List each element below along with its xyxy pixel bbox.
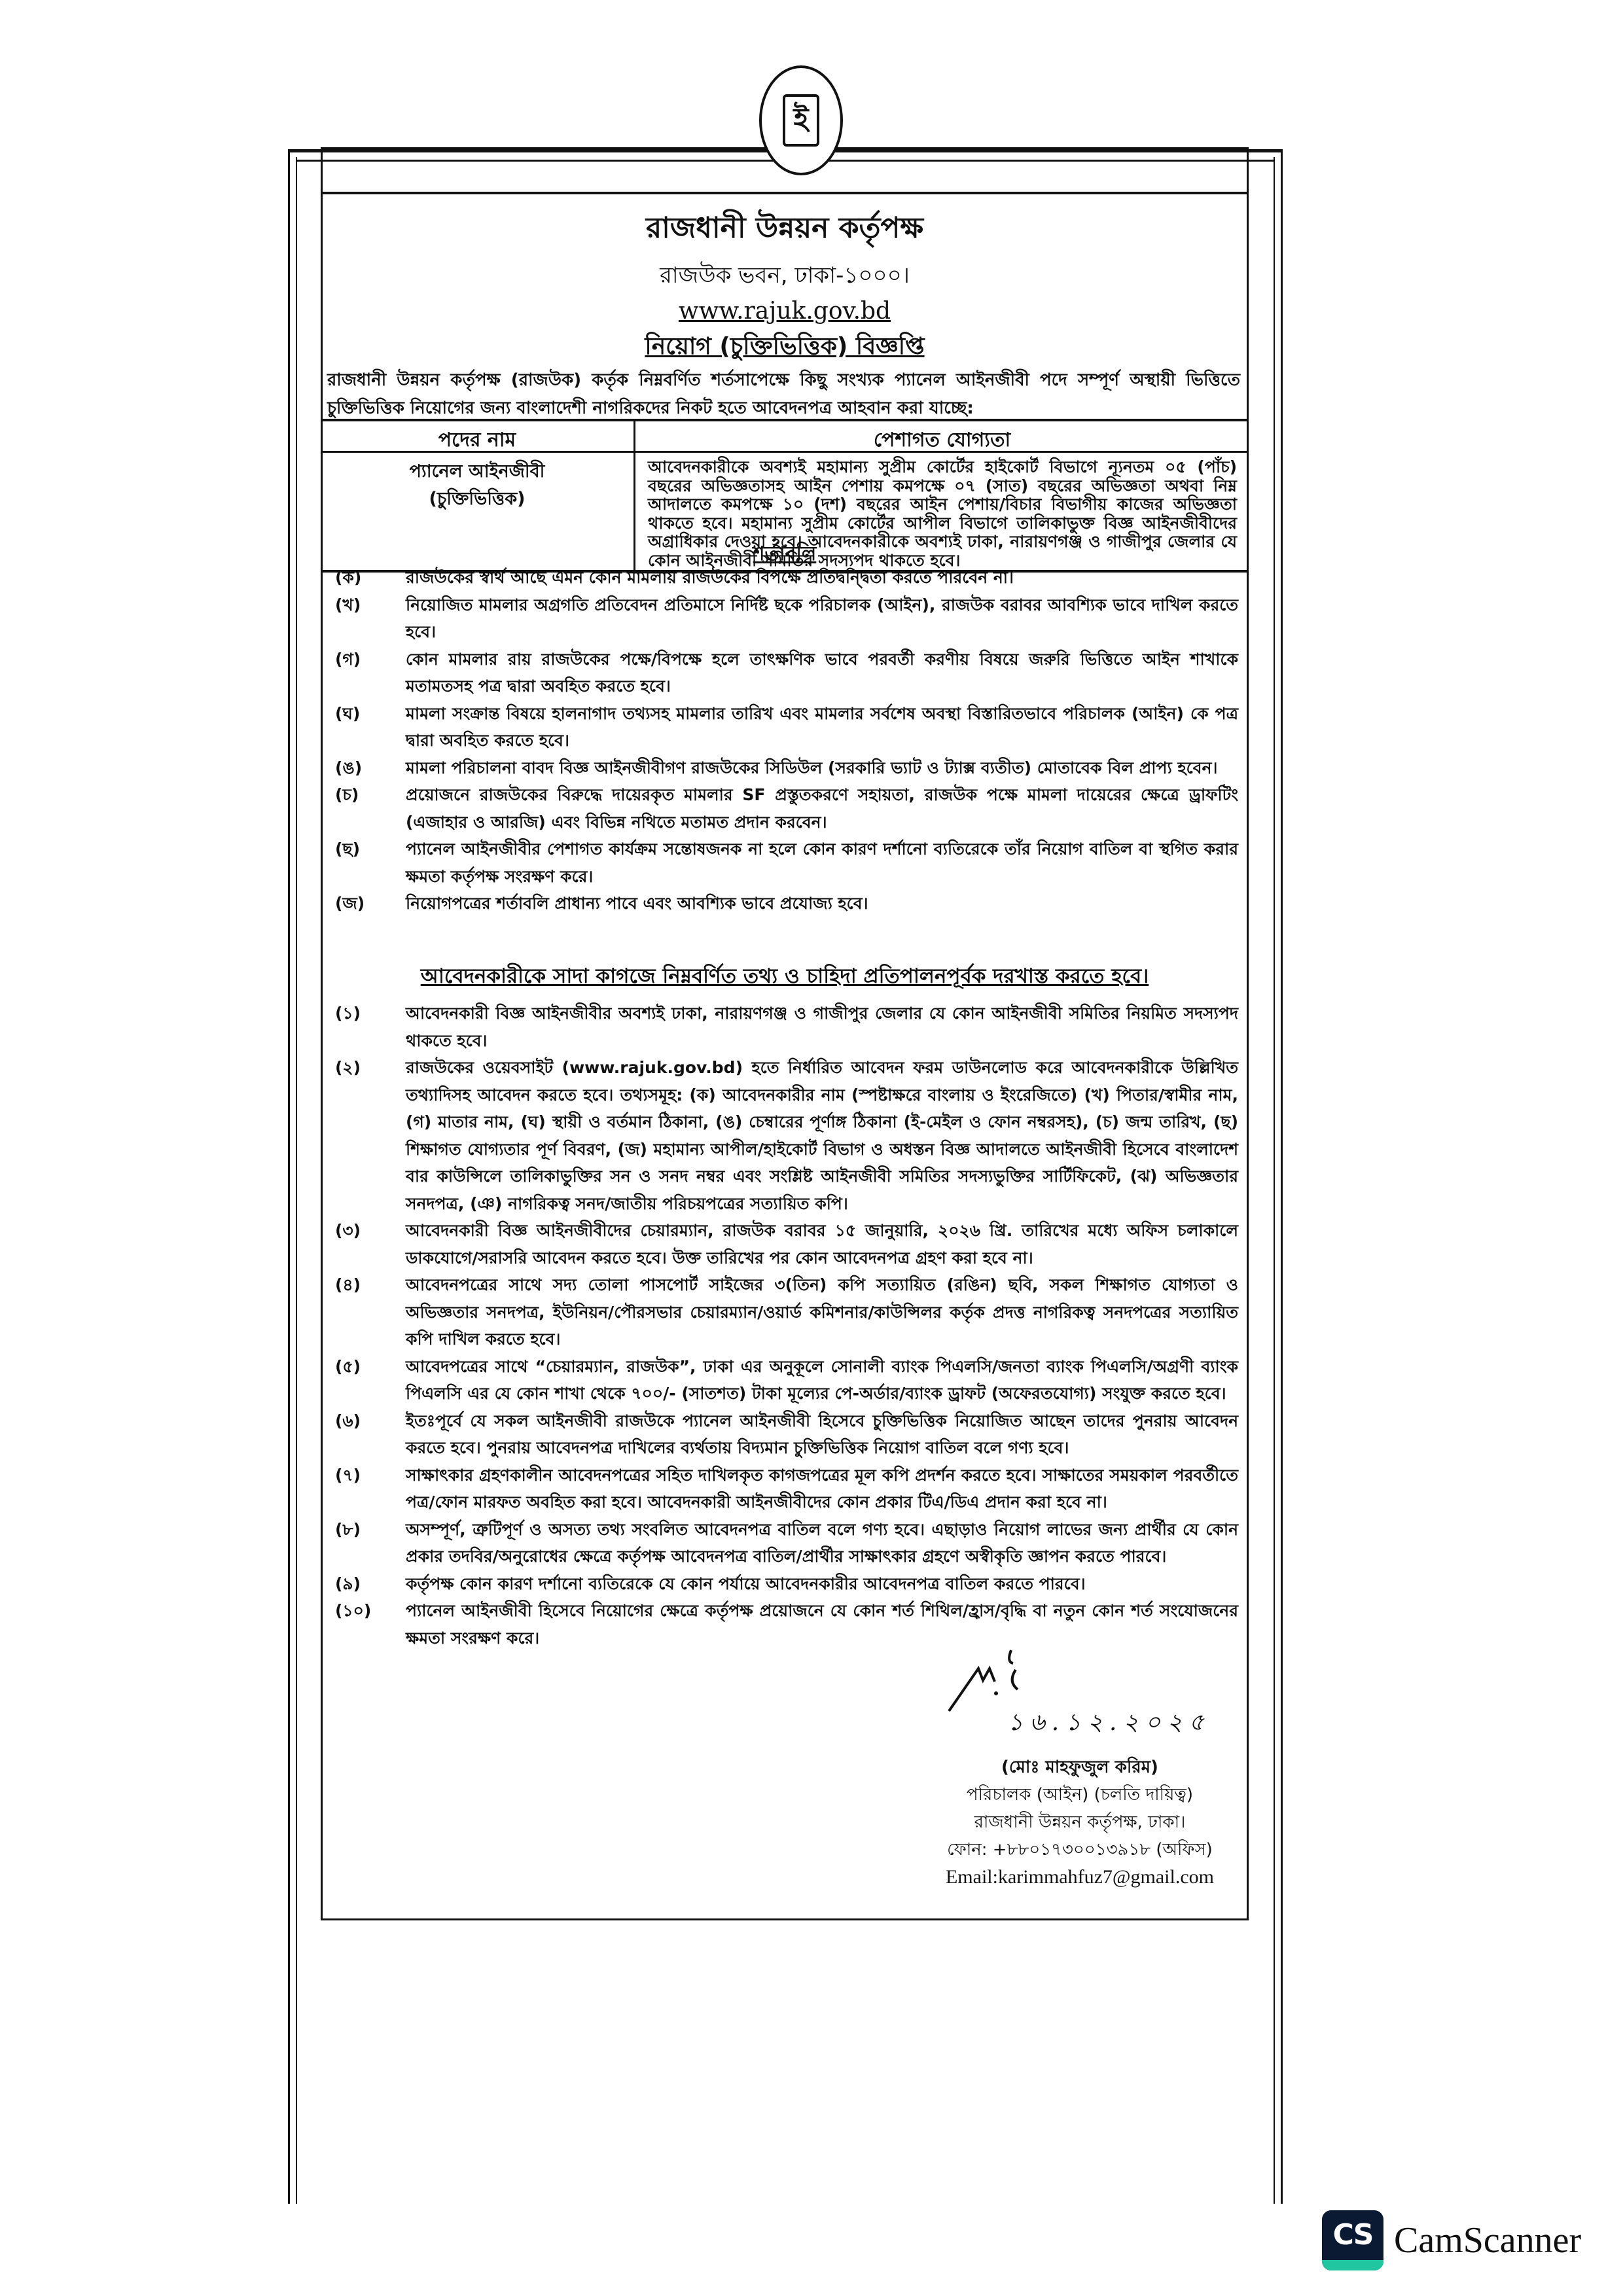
- list-text: কর্তৃপক্ষ কোন কারণ দর্শানো ব্যতিরেকে যে …: [406, 1570, 1243, 1598]
- camscanner-logo-icon: CS: [1322, 2210, 1383, 2270]
- list-item: (৯)কর্তৃপক্ষ কোন কারণ দর্শানো ব্যতিরেকে …: [327, 1570, 1243, 1598]
- list-item: (২)রাজউকের ওয়েবসাইট (www.rajuk.gov.bd) …: [327, 1054, 1243, 1217]
- signatory-email[interactable]: Email:karimmahfuz7@gmail.com: [910, 1863, 1250, 1891]
- list-item: (খ)নিয়োজিত মামলার অগ্রগতি প্রতিবেদন প্র…: [327, 592, 1243, 646]
- list-marker: (ঙ): [327, 754, 406, 782]
- list-marker: (ঘ): [327, 700, 406, 754]
- list-item: (৬)ইতঃপূর্বে যে সকল আইনজীবী রাজউকে প্যান…: [327, 1407, 1243, 1462]
- list-item: (জ)নিয়োগপত্রের শর্তাবলি প্রাধান্য পাবে …: [327, 890, 1243, 917]
- list-text: মামলা পরিচালনা বাবদ বিজ্ঞ আইনজীবীগণ রাজউ…: [406, 754, 1243, 782]
- list-text: নিয়োগপত্রের শর্তাবলি প্রাধান্য পাবে এবং…: [406, 890, 1243, 917]
- column-header-qualification: পেশাগত যোগ্যতা: [635, 424, 1249, 457]
- list-text: নিয়োজিত মামলার অগ্রগতি প্রতিবেদন প্রতিম…: [406, 592, 1243, 646]
- organization-address: রাজউক ভবন, ঢাকা-১০০০।: [321, 258, 1249, 296]
- list-item: (ঘ)মামলা সংক্রান্ত বিষয়ে হালনাগাদ তথ্যস…: [327, 700, 1243, 754]
- column-header-post: পদের নাম: [321, 424, 633, 457]
- list-text: প্রয়োজনে রাজউকের বিরুদ্ধে দায়েরকৃত মাম…: [406, 781, 1243, 836]
- post-type: (চুক্তিভিত্তিক): [321, 486, 633, 513]
- list-item: (৫)আবেদপত্রের সাথে “চেয়ারম্যান, রাজউক”,…: [327, 1353, 1243, 1407]
- terms-title: শর্তাবলি: [753, 542, 817, 565]
- rajuk-emblem-icon: ই: [759, 65, 843, 175]
- list-text: মামলা সংক্রান্ত বিষয়ে হালনাগাদ তথ্যসহ ম…: [406, 700, 1243, 754]
- list-marker: (১০): [327, 1597, 406, 1651]
- list-item: (১০)প্যানেল আইনজীবী হিসেবে নিয়োগের ক্ষে…: [327, 1597, 1243, 1651]
- website-line: www.rajuk.gov.bd: [321, 298, 1249, 325]
- list-item: (ঙ)মামলা পরিচালনা বাবদ বিজ্ঞ আইনজীবীগণ র…: [327, 754, 1243, 782]
- notice-box-rule: [321, 192, 1249, 194]
- list-item: (৪)আবেদনপত্রের সাথে সদ্য তোলা পাসপোর্ট স…: [327, 1271, 1243, 1353]
- list-marker: (৯): [327, 1570, 406, 1598]
- list-marker: (৭): [327, 1462, 406, 1516]
- intro-paragraph: রাজধানী উন্নয়ন কর্তৃপক্ষ (রাজউক) কর্তৃক…: [327, 366, 1240, 423]
- list-marker: (ছ): [327, 836, 406, 890]
- signatory-office: রাজধানী উন্নয়ন কর্তৃপক্ষ, ঢাকা।: [910, 1809, 1250, 1836]
- notice-title: নিয়োগ (চুক্তিভিত্তিক) বিজ্ঞপ্তি: [645, 333, 924, 360]
- terms-list: (ক)রাজউকের স্বার্থ আছে এমন কোন মামলায় র…: [327, 564, 1243, 917]
- camscanner-watermark: CS CamScanner: [1322, 2210, 1581, 2270]
- list-text: রাজউকের স্বার্থ আছে এমন কোন মামলায় রাজউ…: [406, 564, 1243, 592]
- list-marker: (খ): [327, 592, 406, 646]
- post-name: প্যানেল আইনজীবী: [321, 458, 633, 486]
- signatory-name: (মোঃ মাহফুজুল করিম): [910, 1754, 1250, 1781]
- requirements-heading: আবেদনকারীকে সাদা কাগজে নিম্নবর্ণিত তথ্য …: [321, 961, 1249, 995]
- list-text: প্যানেল আইনজীবী হিসেবে নিয়োগের ক্ষেত্রে…: [406, 1597, 1243, 1651]
- table-cell-post: প্যানেল আইনজীবী (চুক্তিভিত্তিক): [321, 458, 633, 513]
- list-text: আবেদনকারী বিজ্ঞ আইনজীবীর অবশ্যই ঢাকা, না…: [406, 1000, 1243, 1054]
- list-text: ইতঃপূর্বে যে সকল আইনজীবী রাজউকে প্যানেল …: [406, 1407, 1243, 1462]
- signature-date: ১৬.১২.২০২৫: [1008, 1704, 1211, 1744]
- list-item: (গ)কোন মামলার রায় রাজউকের পক্ষে/বিপক্ষে…: [327, 646, 1243, 700]
- list-text: রাজউকের ওয়েবসাইট (www.rajuk.gov.bd) হতে…: [406, 1054, 1243, 1217]
- signature-block: (মোঃ মাহফুজুল করিম) পরিচালক (আইন) (চলতি …: [910, 1754, 1250, 1891]
- requirements-title: আবেদনকারীকে সাদা কাগজে নিম্নবর্ণিত তথ্য …: [421, 964, 1149, 988]
- list-marker: (গ): [327, 646, 406, 700]
- list-item: (১)আবেদনকারী বিজ্ঞ আইনজীবীর অবশ্যই ঢাকা,…: [327, 1000, 1243, 1054]
- emblem-glyph: ই: [783, 94, 819, 147]
- list-item: (ক)রাজউকের স্বার্থ আছে এমন কোন মামলায় র…: [327, 564, 1243, 592]
- list-item: (ছ)প্যানেল আইনজীবীর পেশাগত কার্যক্রম সন্…: [327, 836, 1243, 890]
- list-marker: (ক): [327, 564, 406, 592]
- notice-title-line: নিয়োগ (চুক্তিভিত্তিক) বিজ্ঞপ্তি: [321, 328, 1249, 368]
- list-text: আবেদপত্রের সাথে “চেয়ারম্যান, রাজউক”, ঢা…: [406, 1353, 1243, 1407]
- website-link[interactable]: www.rajuk.gov.bd: [679, 298, 891, 325]
- requirements-list: (১)আবেদনকারী বিজ্ঞ আইনজীবীর অবশ্যই ঢাকা,…: [327, 1000, 1243, 1651]
- list-text: অসম্পূর্ণ, ত্রুটিপূর্ণ ও অসত্য তথ্য সংবল…: [406, 1516, 1243, 1570]
- list-marker: (৮): [327, 1516, 406, 1570]
- list-marker: (১): [327, 1000, 406, 1054]
- list-item: (৩)আবেদনকারী বিজ্ঞ আইনজীবীদের চেয়ারম্যা…: [327, 1217, 1243, 1271]
- list-item: (৭)সাক্ষাৎকার গ্রহণকালীন আবেদনপত্রের সহি…: [327, 1462, 1243, 1516]
- organization-name: রাজধানী উন্নয়ন কর্তৃপক্ষ: [321, 206, 1249, 254]
- list-text: কোন মামলার রায় রাজউকের পক্ষে/বিপক্ষে হল…: [406, 646, 1243, 700]
- list-text: আবেদনপত্রের সাথে সদ্য তোলা পাসপোর্ট সাইজ…: [406, 1271, 1243, 1353]
- list-text: আবেদনকারী বিজ্ঞ আইনজীবীদের চেয়ারম্যান, …: [406, 1217, 1243, 1271]
- list-marker: (৪): [327, 1271, 406, 1353]
- list-text: প্যানেল আইনজীবীর পেশাগত কার্যক্রম সন্তোষ…: [406, 836, 1243, 890]
- list-marker: (৬): [327, 1407, 406, 1462]
- signatory-phone: ফোন: +৮৮০১৭৩০০১৩৯১৮ (অফিস): [910, 1836, 1250, 1863]
- list-marker: (জ): [327, 890, 406, 917]
- list-item: (৮)অসম্পূর্ণ, ত্রুটিপূর্ণ ও অসত্য তথ্য স…: [327, 1516, 1243, 1570]
- camscanner-brand: CamScanner: [1394, 2219, 1581, 2261]
- camscanner-badge-band: [1322, 2260, 1383, 2270]
- list-marker: (চ): [327, 781, 406, 836]
- list-item: (চ)প্রয়োজনে রাজউকের বিরুদ্ধে দায়েরকৃত …: [327, 781, 1243, 836]
- camscanner-badge-text: CS: [1333, 2218, 1373, 2252]
- list-marker: (৩): [327, 1217, 406, 1271]
- list-marker: (৫): [327, 1353, 406, 1407]
- signatory-designation: পরিচালক (আইন) (চলতি দায়িত্ব): [910, 1781, 1250, 1809]
- list-text: সাক্ষাৎকার গ্রহণকালীন আবেদনপত্রের সহিত দ…: [406, 1462, 1243, 1516]
- list-marker: (২): [327, 1054, 406, 1217]
